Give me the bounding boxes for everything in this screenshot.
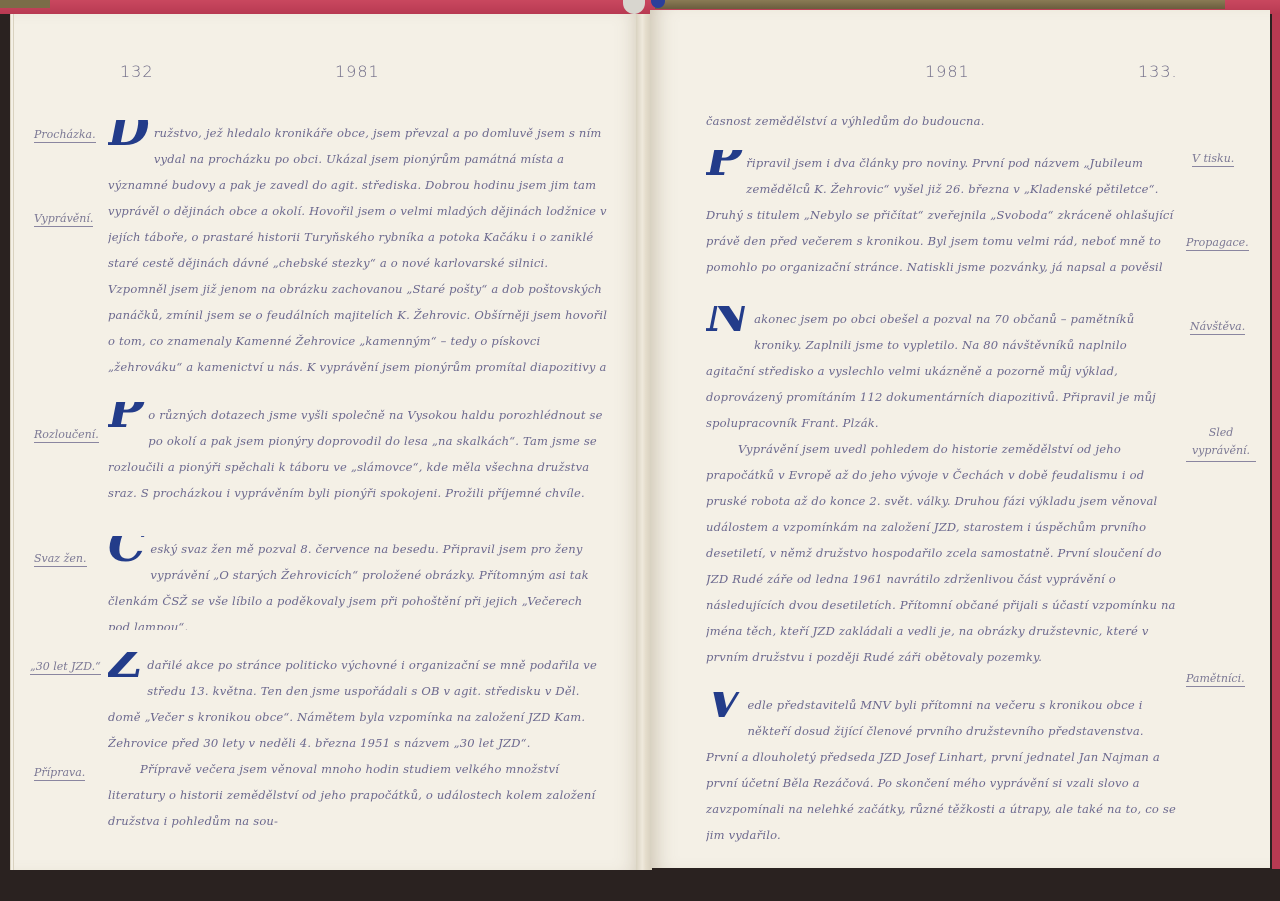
paragraph: Z dařilé akce po stránce politicko výcho… [108,652,608,756]
paragraph-text: Vyprávění jsem uvedl pohledem do histori… [706,442,1176,664]
margin-note-pametnici: Pamětníci. [1186,672,1245,687]
right-page-text: časnost zemědělství a výhledům do budouc… [706,108,1176,852]
margin-note-prochazka: Procházka. [34,128,96,143]
paragraph: časnost zemědělství a výhledům do budouc… [706,108,1176,134]
margin-note-svaz-zen: Svaz žen. [34,552,87,567]
dropcap: P [108,402,144,432]
margin-note-30-let-jzd: „30 let JZD.“ [30,660,101,675]
paragraph-text: časnost zemědělství a výhledům do budouc… [706,114,985,128]
margin-note-priprava: Příprava. [34,766,85,781]
dropcap: D [108,120,150,150]
paragraph: N akonec jsem po obci obešel a pozval na… [706,306,1176,436]
paragraph: Č eský svaz žen mě pozval 8. července na… [108,536,608,630]
dropcap: P [706,150,742,180]
cover-binding-right [655,0,1225,9]
margin-note-propagace: Propagace. [1186,236,1249,251]
margin-note-rozlouceni: Rozloučení. [34,428,99,443]
paragraph: Vyprávění jsem uvedl pohledem do histori… [706,436,1176,670]
left-page-text: D ružstvo, jež hledalo kronikáře obce, j… [108,120,608,834]
paragraph-text: řipravil jsem i dva články pro noviny. P… [706,156,1173,286]
margin-note-vypraveni: Vyprávění. [34,212,93,227]
cover-right-edge [1272,14,1280,874]
margin-note-sled-vypraveni: Sled vyprávění. [1186,424,1256,462]
dropcap: Z [108,652,143,682]
paragraph: V edle představitelů MNV byli přítomni n… [706,692,1176,852]
paragraph-text: ružstvo, jež hledalo kronikáře obce, jse… [108,126,607,384]
cover-binding-left [0,0,50,8]
paragraph-text: edle představitelů MNV byli přítomni na … [706,698,1176,842]
margin-note-navsteva: Návštěva. [1190,320,1245,335]
left-page-number: 132 [120,62,154,81]
paragraph: P o různých dotazech jsme vyšli společně… [108,402,608,522]
paragraph-text: dařilé akce po stránce politicko výchovn… [108,658,597,750]
paragraph-text: Přípravě večera jsem věnoval mnoho hodin… [108,762,595,828]
paragraph-text: akonec jsem po obci obešel a pozval na 7… [706,312,1156,430]
dropcap: N [706,306,750,336]
margin-note-v-tisku: V tisku. [1192,152,1234,167]
paragraph-text: o různých dotazech jsme vyšli společně n… [108,408,603,500]
paragraph: Přípravě večera jsem věnoval mnoho hodin… [108,756,608,834]
dropcap: Č [108,536,146,566]
paragraph: P řipravil jsem i dva články pro noviny.… [706,150,1176,286]
dropcap: V [706,692,743,722]
paragraph-text: eský svaz žen mě pozval 8. července na b… [108,542,589,630]
paragraph: D ružstvo, jež hledalo kronikáře obce, j… [108,120,608,384]
right-page-number: 133. [1138,62,1178,81]
table-background [0,869,1280,901]
left-page-year: 1981 [335,62,380,81]
right-page-year: 1981 [925,62,970,81]
